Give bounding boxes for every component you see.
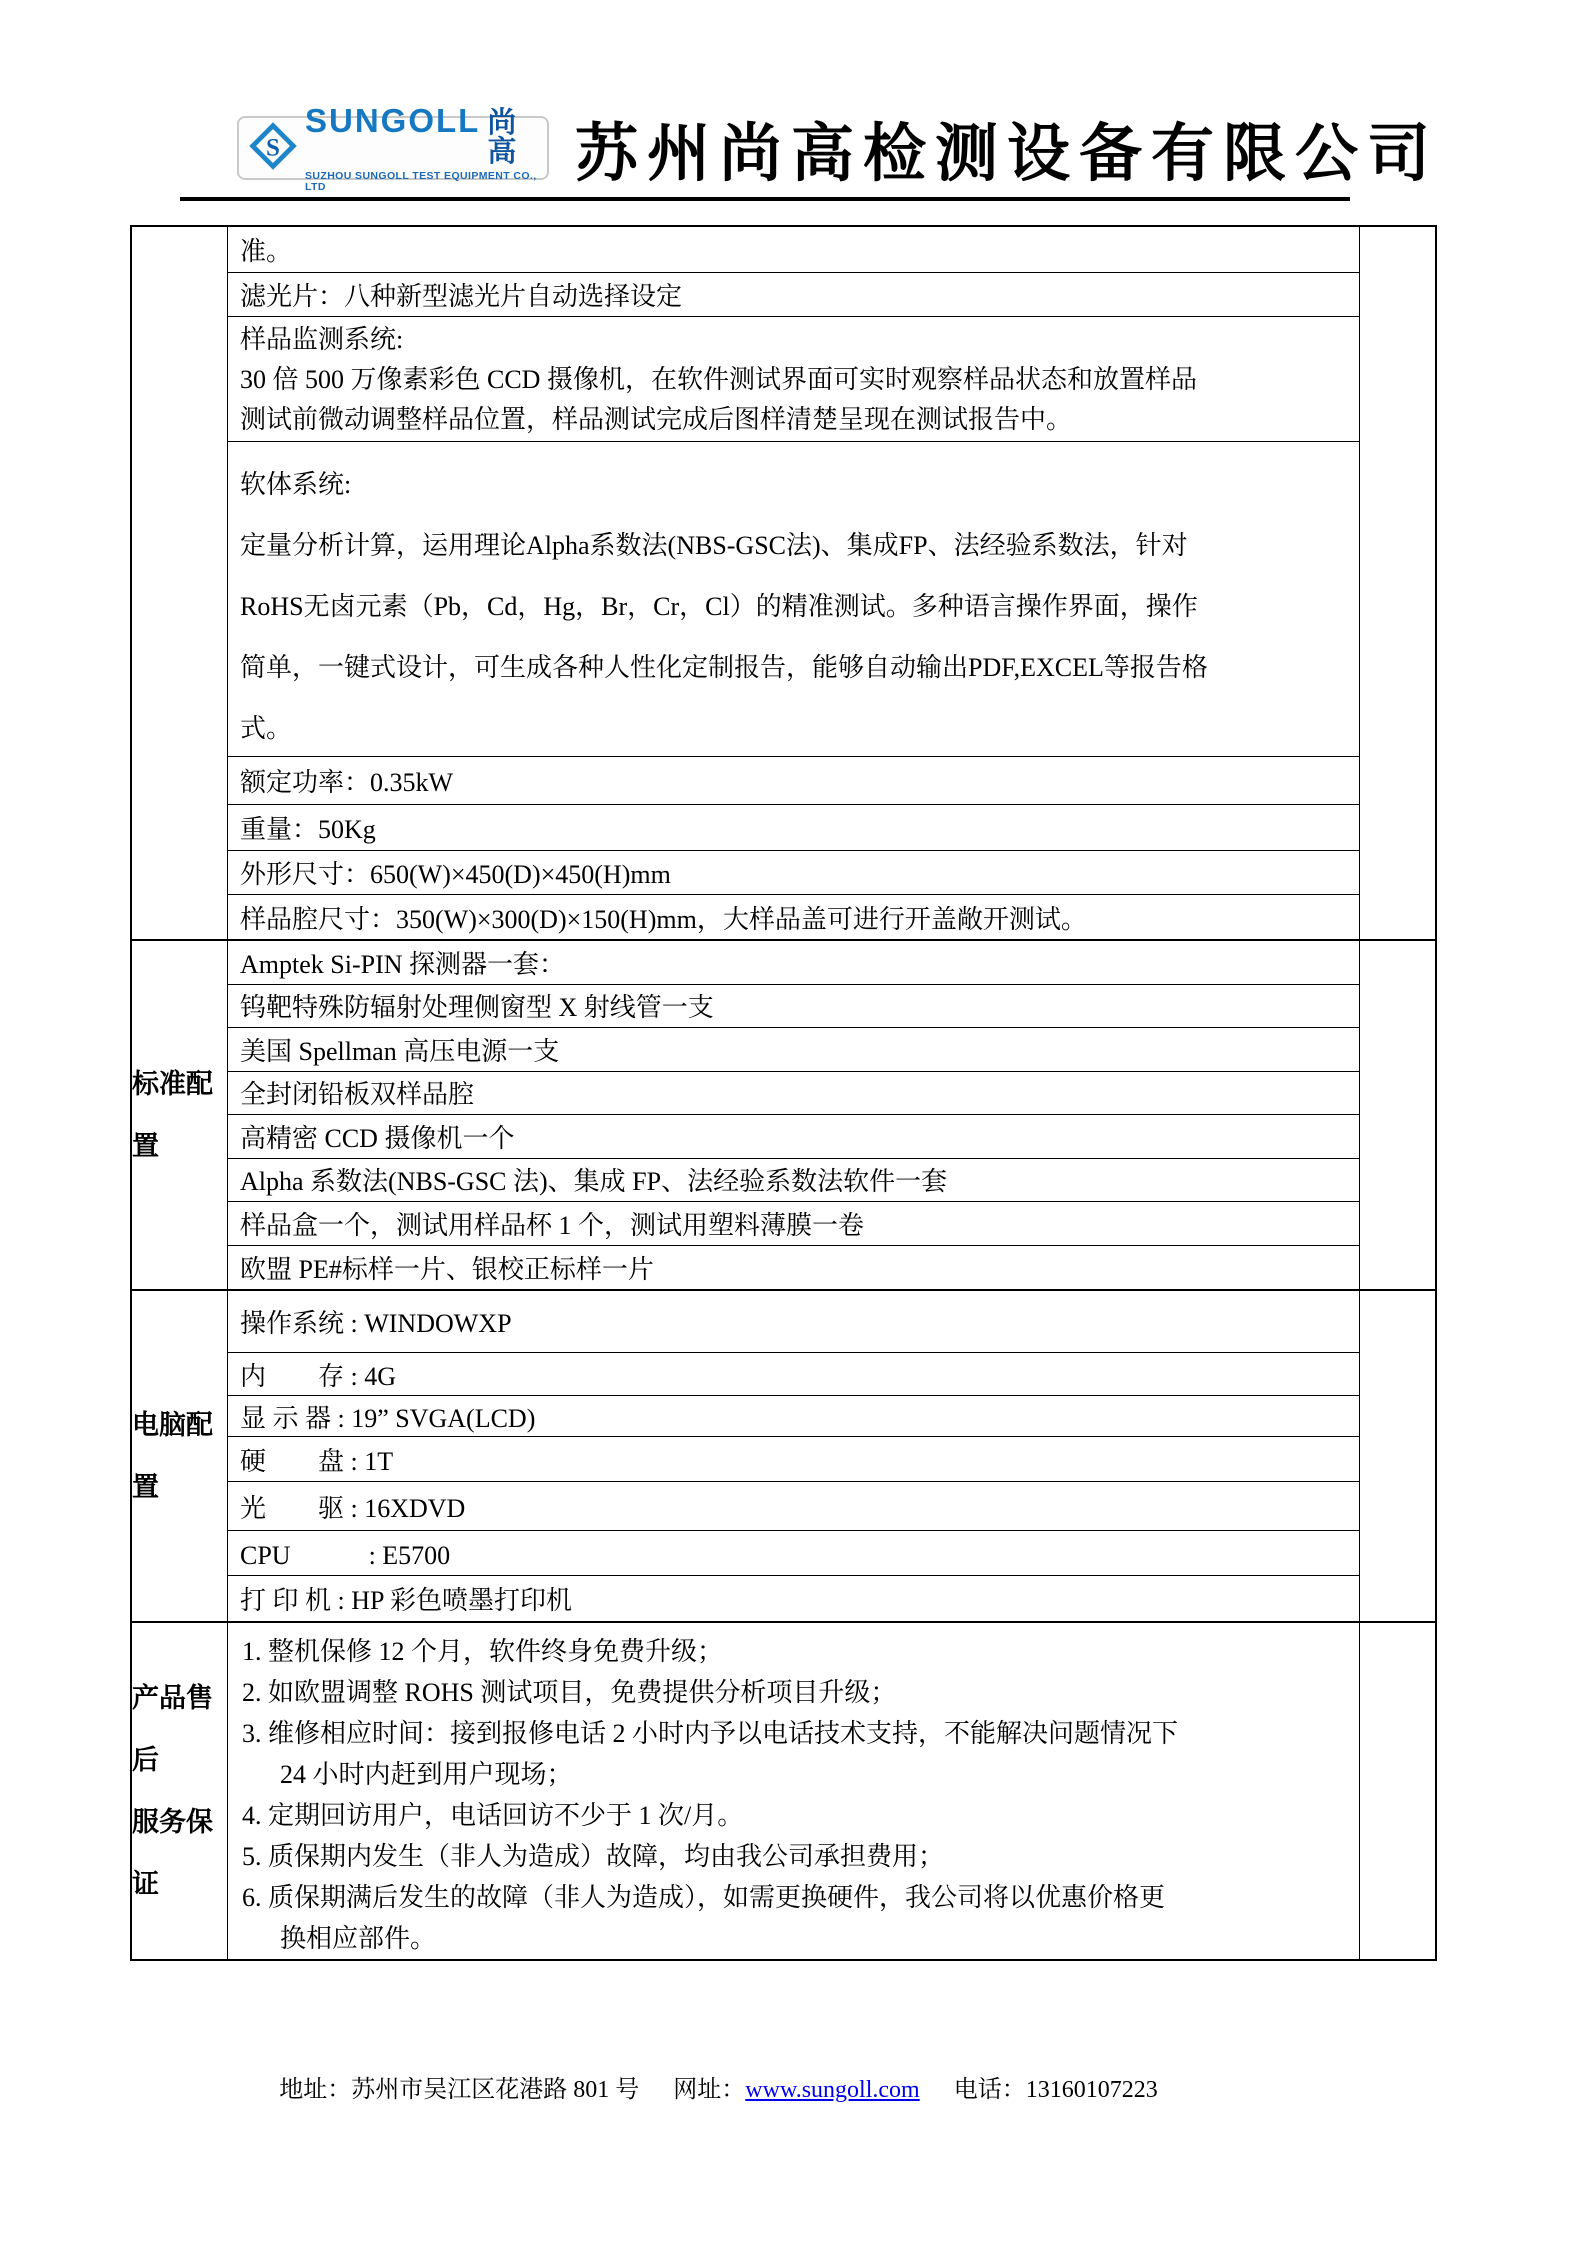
service-term: 3. 维修相应时间：接到报修电话 2 小时内予以电话技术支持，不能解决问题情况下 (228, 1713, 1359, 1754)
row-text: 滤光片：八种新型滤光片自动选择设定 (240, 276, 682, 313)
service-term: 5. 质保期内发生（非人为造成）故障，均由我公司承担费用； (228, 1836, 1359, 1877)
spec-group-general: 准。 滤光片：八种新型滤光片自动选择设定 样品监测系统: 30 倍 500 万像… (132, 227, 1435, 941)
spec-group-standard-config: 标准配置 Amptek Si-PIN 探测器一套： 钨靶特殊防辐射处理侧窗型 X… (132, 941, 1435, 1291)
table-row-display: 显 示 器 : 19” SVGA(LCD) (228, 1396, 1359, 1437)
row-text: Alpha 系数法(NBS-GSC 法)、集成 FP、法经验系数法软件一套 (240, 1161, 947, 1198)
row-line: 测试前微动调整样品位置，样品测试完成后图样清楚呈现在测试报告中。 (240, 400, 1347, 440)
header-divider-line (180, 197, 1350, 201)
table-row: Alpha 系数法(NBS-GSC 法)、集成 FP、法经验系数法软件一套 (228, 1159, 1359, 1203)
table-row: 美国 Spellman 高压电源一支 (228, 1028, 1359, 1072)
footer-phone: 电话：13160107223 (954, 2077, 1158, 2103)
row-text: 显 示 器 : 19” SVGA(LCD) (240, 1398, 535, 1435)
table-right-margin-column (1360, 227, 1435, 939)
table-row-optical-drive: 光 驱 : 16XDVD (228, 1482, 1359, 1531)
table-row: Amptek Si-PIN 探测器一套： (228, 941, 1359, 985)
page-header: S SUNGOLL 尚高 SUZHOU SUNGOLL TEST EQUIPME… (237, 112, 1587, 184)
row-text: 样品腔尺寸：350(W)×300(D)×150(H)mm，大样品盖可进行开盖敞开… (240, 899, 1087, 936)
row-line: 软体系统: (240, 454, 1347, 515)
label-cell-empty (132, 227, 228, 939)
footer-website-link[interactable]: www.sungoll.com (745, 2077, 919, 2103)
table-row-rated-power: 额定功率：0.35kW (228, 757, 1359, 805)
table-right-margin-column (1360, 941, 1435, 1289)
row-text: 钨靶特殊防辐射处理侧窗型 X 射线管一支 (240, 987, 714, 1024)
row-text: CPU : E5700 (240, 1535, 450, 1572)
table-row: 欧盟 PE#标样一片、银校正标样一片 (228, 1246, 1359, 1290)
table-row-printer: 打 印 机 : HP 彩色喷墨打印机 (228, 1576, 1359, 1621)
table-row-os: 操作系统 : WINDOWXP (228, 1291, 1359, 1353)
spec-rows: 准。 滤光片：八种新型滤光片自动选择设定 样品监测系统: 30 倍 500 万像… (228, 227, 1360, 939)
row-line: 定量分析计算，运用理论Alpha系数法(NBS-GSC法)、集成FP、法经验系数… (240, 515, 1347, 576)
spec-rows: Amptek Si-PIN 探测器一套： 钨靶特殊防辐射处理侧窗型 X 射线管一… (228, 941, 1360, 1289)
brand-name: SUNGOLL (305, 104, 480, 137)
table-row: 钨靶特殊防辐射处理侧窗型 X 射线管一支 (228, 985, 1359, 1029)
table-row-weight: 重量：50Kg (228, 805, 1359, 851)
table-row: 高精密 CCD 摄像机一个 (228, 1115, 1359, 1159)
table-right-margin-column (1360, 1291, 1435, 1621)
table-row: 准。 (228, 227, 1359, 273)
row-text: 外形尺寸：650(W)×450(D)×450(H)mm (240, 854, 671, 891)
logo-subtitle: SUZHOU SUNGOLL TEST EQUIPMENT CO., LTD (305, 171, 539, 192)
footer-website: 网址：www.sungoll.com (673, 2077, 919, 2103)
service-term: 1. 整机保修 12 个月，软件终身免费升级； (228, 1631, 1359, 1672)
row-text: 硬 盘 : 1T (240, 1441, 393, 1478)
table-row-harddisk: 硬 盘 : 1T (228, 1437, 1359, 1482)
service-term-continuation: 换相应部件。 (228, 1918, 1359, 1959)
company-title: 苏州尚高检测设备有限公司 (575, 103, 1439, 194)
table-row-dimensions: 外形尺寸：650(W)×450(D)×450(H)mm (228, 851, 1359, 895)
spec-group-computer-config: 电脑配置 操作系统 : WINDOWXP 内 存 : 4G 显 示 器 : 19… (132, 1291, 1435, 1623)
svg-text:S: S (266, 134, 280, 161)
row-line: 样品监测系统: (240, 320, 1347, 360)
row-line: 式。 (240, 698, 1347, 759)
service-term: 4. 定期回访用户，电话回访不少于 1 次/月。 (228, 1795, 1359, 1836)
table-row-sample-monitor: 样品监测系统: 30 倍 500 万像素彩色 CCD 摄像机，在软件测试界面可实… (228, 317, 1359, 442)
table-row: 样品盒一个，测试用样品杯 1 个，测试用塑料薄膜一卷 (228, 1202, 1359, 1246)
table-row-memory: 内 存 : 4G (228, 1353, 1359, 1396)
after-sales-terms: 1. 整机保修 12 个月，软件终身免费升级； 2. 如欧盟调整 ROHS 测试… (228, 1623, 1359, 1959)
table-row-software-system: 软体系统: 定量分析计算，运用理论Alpha系数法(NBS-GSC法)、集成FP… (228, 442, 1359, 757)
service-term-continuation: 24 小时内赶到用户现场； (228, 1754, 1359, 1795)
table-row: 滤光片：八种新型滤光片自动选择设定 (228, 273, 1359, 317)
row-text: 重量：50Kg (240, 809, 376, 846)
spec-rows: 操作系统 : WINDOWXP 内 存 : 4G 显 示 器 : 19” SVG… (228, 1291, 1360, 1621)
product-spec-table: 准。 滤光片：八种新型滤光片自动选择设定 样品监测系统: 30 倍 500 万像… (130, 225, 1437, 1961)
row-text: 内 存 : 4G (240, 1356, 396, 1393)
group-label-after-sales: 产品售后 服务保证 (132, 1623, 228, 1959)
sungoll-diamond-icon: S (249, 122, 297, 175)
service-term: 2. 如欧盟调整 ROHS 测试项目，免费提供分析项目升级； (228, 1672, 1359, 1713)
table-right-margin-column (1360, 1623, 1435, 1959)
table-row: 全封闭铅板双样品腔 (228, 1072, 1359, 1116)
row-text: 全封闭铅板双样品腔 (240, 1074, 474, 1111)
row-text: 额定功率：0.35kW (240, 762, 453, 799)
footer-website-label: 网址： (673, 2077, 745, 2103)
spec-group-after-sales: 产品售后 服务保证 1. 整机保修 12 个月，软件终身免费升级； 2. 如欧盟… (132, 1623, 1435, 1959)
row-text: 操作系统 : WINDOWXP (240, 1303, 512, 1340)
row-text: 美国 Spellman 高压电源一支 (240, 1031, 559, 1068)
row-text: 样品盒一个，测试用样品杯 1 个，测试用塑料薄膜一卷 (240, 1205, 864, 1242)
row-line: RoHS无卤元素（Pb，Cd，Hg，Br，Cr，Cl）的精准测试。多种语言操作界… (240, 576, 1347, 637)
group-label-line: 服务保证 (132, 1791, 227, 1915)
footer-address: 地址：苏州市吴江区花港路 801 号 (279, 2077, 639, 2103)
row-text: 高精密 CCD 摄像机一个 (240, 1118, 514, 1155)
row-text: 欧盟 PE#标样一片、银校正标样一片 (240, 1249, 654, 1286)
group-label-line: 产品售后 (132, 1667, 227, 1791)
spec-rows: 1. 整机保修 12 个月，软件终身免费升级； 2. 如欧盟调整 ROHS 测试… (228, 1623, 1360, 1959)
table-row-cpu: CPU : E5700 (228, 1531, 1359, 1576)
row-text: 光 驱 : 16XDVD (240, 1488, 465, 1525)
row-text: Amptek Si-PIN 探测器一套： (240, 944, 565, 981)
group-label-standard-config: 标准配置 (132, 941, 228, 1289)
row-line: 简单，一键式设计，可生成各种人性化定制报告，能够自动输出PDF,EXCEL等报告… (240, 637, 1347, 698)
row-text: 准。 (240, 231, 292, 268)
row-text: 打 印 机 : HP 彩色喷墨打印机 (240, 1580, 572, 1617)
page-footer: 地址：苏州市吴江区花港路 801 号网址：www.sungoll.com电话：1… (0, 2069, 1587, 2104)
row-line: 30 倍 500 万像素彩色 CCD 摄像机，在软件测试界面可实时观察样品状态和… (240, 360, 1347, 400)
logo-text-block: SUNGOLL 尚高 SUZHOU SUNGOLL TEST EQUIPMENT… (305, 104, 539, 192)
company-logo: S SUNGOLL 尚高 SUZHOU SUNGOLL TEST EQUIPME… (237, 116, 549, 180)
table-row-chamber-size: 样品腔尺寸：350(W)×300(D)×150(H)mm，大样品盖可进行开盖敞开… (228, 895, 1359, 939)
service-term: 6. 质保期满后发生的故障（非人为造成），如需更换硬件，我公司将以优惠价格更 (228, 1877, 1359, 1918)
brand-name-chinese: 尚高 (487, 109, 539, 167)
group-label-computer-config: 电脑配置 (132, 1291, 228, 1621)
